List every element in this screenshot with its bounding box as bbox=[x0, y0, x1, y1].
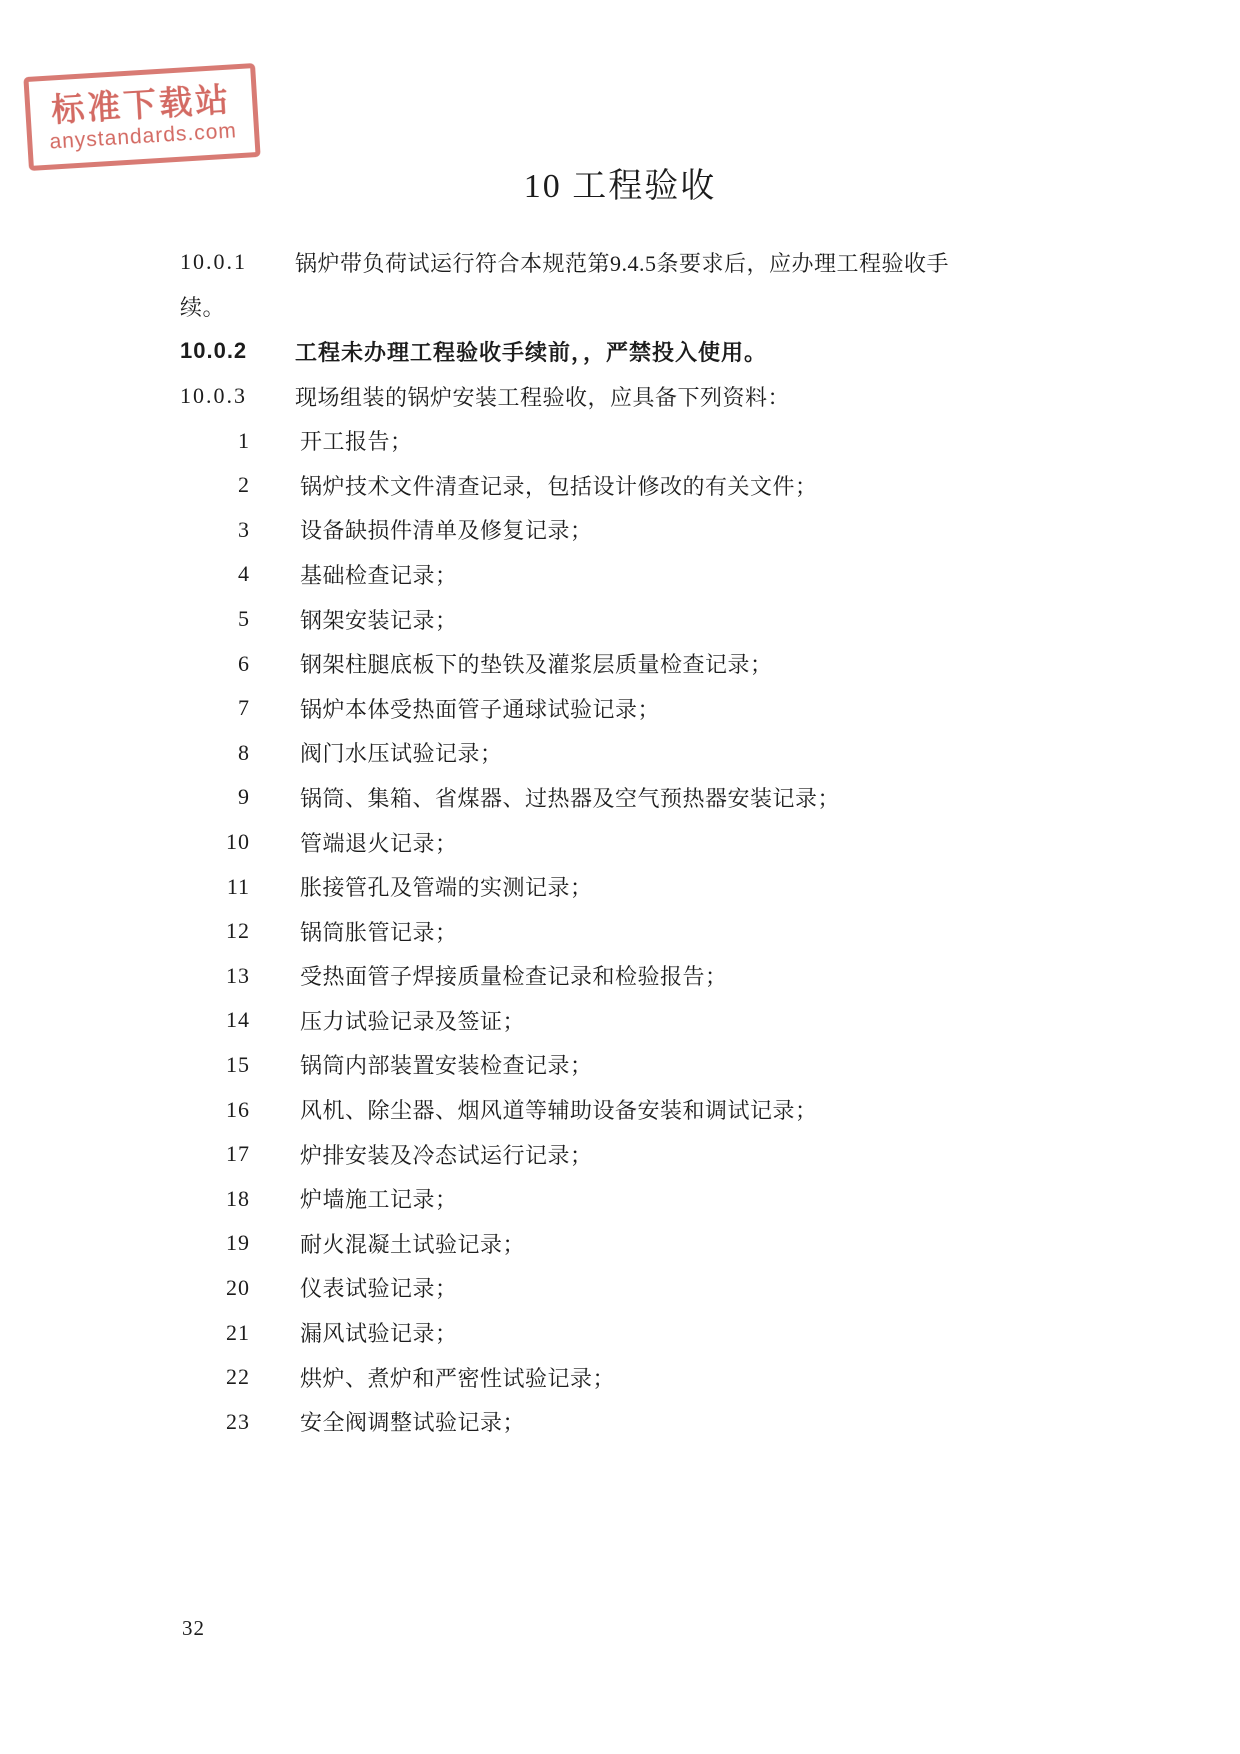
list-item: 7锅炉本体受热面管子通球试验记录； bbox=[180, 686, 1090, 731]
list-item-text: 管端退火记录； bbox=[300, 827, 458, 858]
list-item-text: 仪表试验记录； bbox=[300, 1272, 458, 1303]
list-item-number: 19 bbox=[180, 1230, 250, 1256]
list-item: 15锅筒内部装置安装检查记录； bbox=[180, 1043, 1090, 1088]
list-item: 1开工报告； bbox=[180, 418, 1090, 463]
list-item-text: 基础检查记录； bbox=[300, 559, 458, 590]
list-item: 2锅炉技术文件清查记录，包括设计修改的有关文件； bbox=[180, 463, 1090, 508]
list-item-number: 14 bbox=[180, 1007, 250, 1033]
clause-row: 10.0.1锅炉带负荷试运行符合本规范第9.4.5条要求后，应办理工程验收手 bbox=[180, 240, 1090, 285]
list-item-number: 8 bbox=[180, 740, 250, 766]
list-item-text: 炉排安装及冷态试运行记录； bbox=[300, 1139, 593, 1170]
clause-row: 10.0.2工程未办理工程验收手续前，，严禁投入使用。 bbox=[180, 329, 1090, 374]
list-item-number: 3 bbox=[180, 517, 250, 543]
clause-text-continuation: 续。 bbox=[180, 291, 225, 322]
list-item: 11胀接管孔及管端的实测记录； bbox=[180, 864, 1090, 909]
clause-text: 锅炉带负荷试运行符合本规范第9.4.5条要求后，应办理工程验收手 bbox=[295, 247, 949, 278]
site-stamp: 标准下载站 anystandards.com bbox=[23, 63, 260, 171]
list-item-number: 20 bbox=[180, 1275, 250, 1301]
list-item-number: 22 bbox=[180, 1364, 250, 1390]
list-item: 21漏风试验记录； bbox=[180, 1310, 1090, 1355]
list-item-number: 13 bbox=[180, 963, 250, 989]
list-item-text: 锅炉技术文件清查记录，包括设计修改的有关文件； bbox=[300, 470, 818, 501]
list-item-text: 风机、除尘器、烟风道等辅助设备安装和调试记录； bbox=[300, 1094, 818, 1125]
list-item: 16风机、除尘器、烟风道等辅助设备安装和调试记录； bbox=[180, 1087, 1090, 1132]
list-item: 18炉墙施工记录； bbox=[180, 1176, 1090, 1221]
list-item: 12锅筒胀管记录； bbox=[180, 909, 1090, 954]
list-item-number: 15 bbox=[180, 1052, 250, 1078]
list-item-number: 5 bbox=[180, 606, 250, 632]
list-item-text: 开工报告； bbox=[300, 425, 413, 456]
clause-row: 10.0.3现场组装的锅炉安装工程验收，应具备下列资料： bbox=[180, 374, 1090, 419]
list-item: 9锅筒、集箱、省煤器、过热器及空气预热器安装记录； bbox=[180, 775, 1090, 820]
list-item-text: 设备缺损件清单及修复记录； bbox=[300, 514, 593, 545]
list-item-text: 耐火混凝土试验记录； bbox=[300, 1228, 525, 1259]
list-item: 3设备缺损件清单及修复记录； bbox=[180, 508, 1090, 553]
list-item: 8阀门水压试验记录； bbox=[180, 731, 1090, 776]
clause-text: 现场组装的锅炉安装工程验收，应具备下列资料： bbox=[295, 381, 790, 412]
list-item-text: 烘炉、煮炉和严密性试验记录； bbox=[300, 1362, 615, 1393]
list-item-text: 钢架安装记录； bbox=[300, 604, 458, 635]
list-item-number: 7 bbox=[180, 695, 250, 721]
list-item-number: 11 bbox=[180, 874, 250, 900]
list-item: 6钢架柱腿底板下的垫铁及灌浆层质量检查记录； bbox=[180, 641, 1090, 686]
list-item-number: 9 bbox=[180, 784, 250, 810]
list-item-text: 压力试验记录及签证； bbox=[300, 1005, 525, 1036]
list-item-text: 炉墙施工记录； bbox=[300, 1183, 458, 1214]
clause-number: 10.0.3 bbox=[180, 383, 295, 409]
list-item-text: 锅筒内部装置安装检查记录； bbox=[300, 1049, 593, 1080]
list-item: 10管端退火记录； bbox=[180, 820, 1090, 865]
list-item: 5钢架安装记录； bbox=[180, 597, 1090, 642]
list-item: 20仪表试验记录； bbox=[180, 1266, 1090, 1311]
list-item-text: 胀接管孔及管端的实测记录； bbox=[300, 871, 593, 902]
list-item-text: 锅筒胀管记录； bbox=[300, 916, 458, 947]
clause-number: 10.0.1 bbox=[180, 249, 295, 275]
list-item: 17炉排安装及冷态试运行记录； bbox=[180, 1132, 1090, 1177]
list-item-number: 4 bbox=[180, 561, 250, 587]
list-item: 13受热面管子焊接质量检查记录和检验报告； bbox=[180, 954, 1090, 999]
list-item-number: 21 bbox=[180, 1320, 250, 1346]
list-item-text: 阀门水压试验记录； bbox=[300, 737, 503, 768]
list-item-number: 16 bbox=[180, 1097, 250, 1123]
list-item-text: 锅筒、集箱、省煤器、过热器及空气预热器安装记录； bbox=[300, 782, 840, 813]
page-number: 32 bbox=[182, 1616, 205, 1641]
list-item: 22烘炉、煮炉和严密性试验记录； bbox=[180, 1355, 1090, 1400]
document-body: 10.0.1锅炉带负荷试运行符合本规范第9.4.5条要求后，应办理工程验收手续。… bbox=[180, 240, 1090, 1444]
list-item-text: 锅炉本体受热面管子通球试验记录； bbox=[300, 693, 660, 724]
list-item: 4基础检查记录； bbox=[180, 552, 1090, 597]
list-item-number: 10 bbox=[180, 829, 250, 855]
clause-number: 10.0.2 bbox=[180, 338, 295, 364]
list-item: 19耐火混凝土试验记录； bbox=[180, 1221, 1090, 1266]
list-item-number: 23 bbox=[180, 1409, 250, 1435]
list-item-number: 2 bbox=[180, 472, 250, 498]
list-item-number: 1 bbox=[180, 428, 250, 454]
list-item-text: 钢架柱腿底板下的垫铁及灌浆层质量检查记录； bbox=[300, 648, 773, 679]
list-item-text: 漏风试验记录； bbox=[300, 1317, 458, 1348]
list-item-number: 18 bbox=[180, 1186, 250, 1212]
list-item-number: 12 bbox=[180, 918, 250, 944]
list-item: 14压力试验记录及签证； bbox=[180, 998, 1090, 1043]
clause-row-continuation: 续。 bbox=[180, 285, 1090, 330]
list-item-text: 安全阀调整试验记录； bbox=[300, 1406, 525, 1437]
document-page: 标准下载站 anystandards.com 10 工程验收 10.0.1锅炉带… bbox=[0, 0, 1240, 1754]
list-item-text: 受热面管子焊接质量检查记录和检验报告； bbox=[300, 960, 728, 991]
list-item-number: 17 bbox=[180, 1141, 250, 1167]
list-item: 23安全阀调整试验记录； bbox=[180, 1399, 1090, 1444]
list-item-number: 6 bbox=[180, 651, 250, 677]
clause-text: 工程未办理工程验收手续前，，严禁投入使用。 bbox=[295, 336, 767, 367]
chapter-title: 10 工程验收 bbox=[0, 158, 1240, 207]
